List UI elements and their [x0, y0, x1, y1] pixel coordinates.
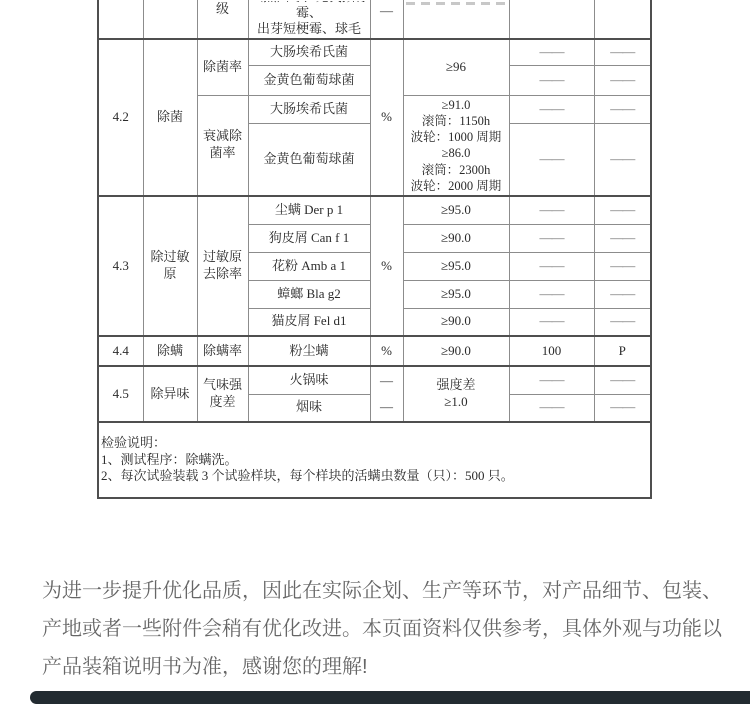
requirement-cell: ≥90.0	[403, 308, 509, 336]
sub-item-cell: 除螨率	[197, 336, 248, 366]
result-cell-empty	[509, 0, 594, 39]
result-cell: ——	[509, 252, 594, 280]
sub-item-cell: 过敏原去除率	[197, 196, 248, 336]
result-cell: ——	[509, 196, 594, 224]
result-cell: ——	[509, 366, 594, 394]
verdict-cell: ——	[594, 308, 651, 336]
odor-cell: 火锅味	[248, 366, 370, 394]
disclaimer-paragraph: 为进一步提升优化品质，因此在实际企划、生产等环节，对产品细节、包装、产地或者一些…	[42, 572, 724, 686]
unit-cell: —	[370, 0, 403, 39]
result-cell: ——	[509, 224, 594, 252]
bacteria-cell: 金黄色葡萄球菌	[248, 65, 370, 95]
result-cell: ——	[509, 95, 594, 123]
table-row: 4.2 除菌 除菌率 大肠埃希氏菌 % ≥96 —— ——	[98, 39, 651, 65]
inspection-table: 级 （黑曲霉、宛氏拟青霉、 出芽短梗霉、球毛 壳、绳状青霉） — 4.2 除菌 …	[97, 0, 652, 499]
allergen-cell: 尘螨 Der p 1	[248, 196, 370, 224]
inspection-notes: 检验说明： 1、测试程序：除螨洗。 2、每次试验装载 3 个试验样块，每个样块的…	[98, 422, 651, 498]
clause-cell: 4.3	[98, 196, 143, 336]
result-cell: ——	[509, 308, 594, 336]
unit-cell: — —	[370, 366, 403, 422]
bacteria-cell: 大肠埃希氏菌	[248, 95, 370, 123]
verdict-cell: ——	[594, 196, 651, 224]
table-row: 4.4 除螨 除螨率 粉尘螨 % ≥90.0 100 P	[98, 336, 651, 366]
result-cell: ——	[509, 394, 594, 422]
requirement-cell: ≥95.0	[403, 280, 509, 308]
mold-line-clipped: （黑曲霉、宛氏拟青霉、	[251, 1, 368, 21]
verdict-cell: ——	[594, 252, 651, 280]
verdict-cell: ——	[594, 366, 651, 394]
verdict-cell: ——	[594, 95, 651, 123]
result-cell: 100	[509, 336, 594, 366]
page: { "colors": { "table_border": "#8c8c8c",…	[0, 0, 750, 704]
verdict-cell: ——	[594, 394, 651, 422]
mite-cell: 粉尘螨	[248, 336, 370, 366]
item-cell: 除菌	[143, 39, 197, 196]
unit-cell: %	[370, 39, 403, 196]
table-row-notes: 检验说明： 1、测试程序：除螨洗。 2、每次试验装载 3 个试验样块，每个样块的…	[98, 422, 651, 498]
verdict-cell: ——	[594, 280, 651, 308]
result-cell: ——	[509, 65, 594, 95]
requirement-cell: ≥90.0	[403, 224, 509, 252]
requirement-cell-clipped	[403, 0, 509, 39]
result-cell: ——	[509, 39, 594, 65]
requirement-cell: ≥95.0	[403, 196, 509, 224]
verdict-cell: ——	[594, 123, 651, 196]
verdict-cell-empty	[594, 0, 651, 39]
item-cell-empty	[143, 0, 197, 39]
requirement-cell: 强度差 ≥1.0	[403, 366, 509, 422]
mold-species-cell: （黑曲霉、宛氏拟青霉、 出芽短梗霉、球毛 壳、绳状青霉）	[248, 0, 370, 39]
verdict-cell: ——	[594, 39, 651, 65]
grade-tail-cell: 级	[197, 0, 248, 39]
clause-cell: 4.2	[98, 39, 143, 196]
requirement-cell: ≥90.0	[403, 336, 509, 366]
verdict-cell: ——	[594, 65, 651, 95]
requirement-cell: ≥95.0	[403, 252, 509, 280]
table-row: 4.5 除异味 气味强度差 火锅味 — — 强度差 ≥1.0 —— ——	[98, 366, 651, 394]
item-cell: 除过敏原	[143, 196, 197, 336]
unit-cell: %	[370, 196, 403, 336]
verdict-cell: ——	[594, 224, 651, 252]
bacteria-cell: 大肠埃希氏菌	[248, 39, 370, 65]
result-cell: ——	[509, 280, 594, 308]
mold-line-2: 出芽短梗霉、球毛	[251, 21, 368, 37]
sub-item-cell: 气味强度差	[197, 366, 248, 422]
clipped-text-remnant	[406, 2, 510, 5]
odor-cell: 烟味	[248, 394, 370, 422]
sub-item-cell: 除菌率	[197, 39, 248, 95]
footer-bar	[30, 691, 750, 704]
table-row-cut: 级 （黑曲霉、宛氏拟青霉、 出芽短梗霉、球毛 壳、绳状青霉） —	[98, 0, 651, 39]
table-row: 4.3 除过敏原 过敏原去除率 尘螨 Der p 1 % ≥95.0 —— ——	[98, 196, 651, 224]
clause-cell-empty	[98, 0, 143, 39]
sub-item-cell: 衰减除菌率	[197, 95, 248, 196]
item-cell: 除螨	[143, 336, 197, 366]
allergen-cell: 蟑螂 Bla g2	[248, 280, 370, 308]
clause-cell: 4.4	[98, 336, 143, 366]
requirement-cell: ≥96	[403, 39, 509, 95]
clause-cell: 4.5	[98, 366, 143, 422]
allergen-cell: 狗皮屑 Can f 1	[248, 224, 370, 252]
allergen-cell: 猫皮屑 Fel d1	[248, 308, 370, 336]
bacteria-cell: 金黄色葡萄球菌	[248, 123, 370, 196]
result-cell: ——	[509, 123, 594, 196]
allergen-cell: 花粉 Amb a 1	[248, 252, 370, 280]
unit-cell: %	[370, 336, 403, 366]
verdict-cell: P	[594, 336, 651, 366]
item-cell: 除异味	[143, 366, 197, 422]
requirement-cell: ≥91.0 滚筒：1150h 波轮：1000 周期 ≥86.0 滚筒：2300h…	[403, 95, 509, 196]
